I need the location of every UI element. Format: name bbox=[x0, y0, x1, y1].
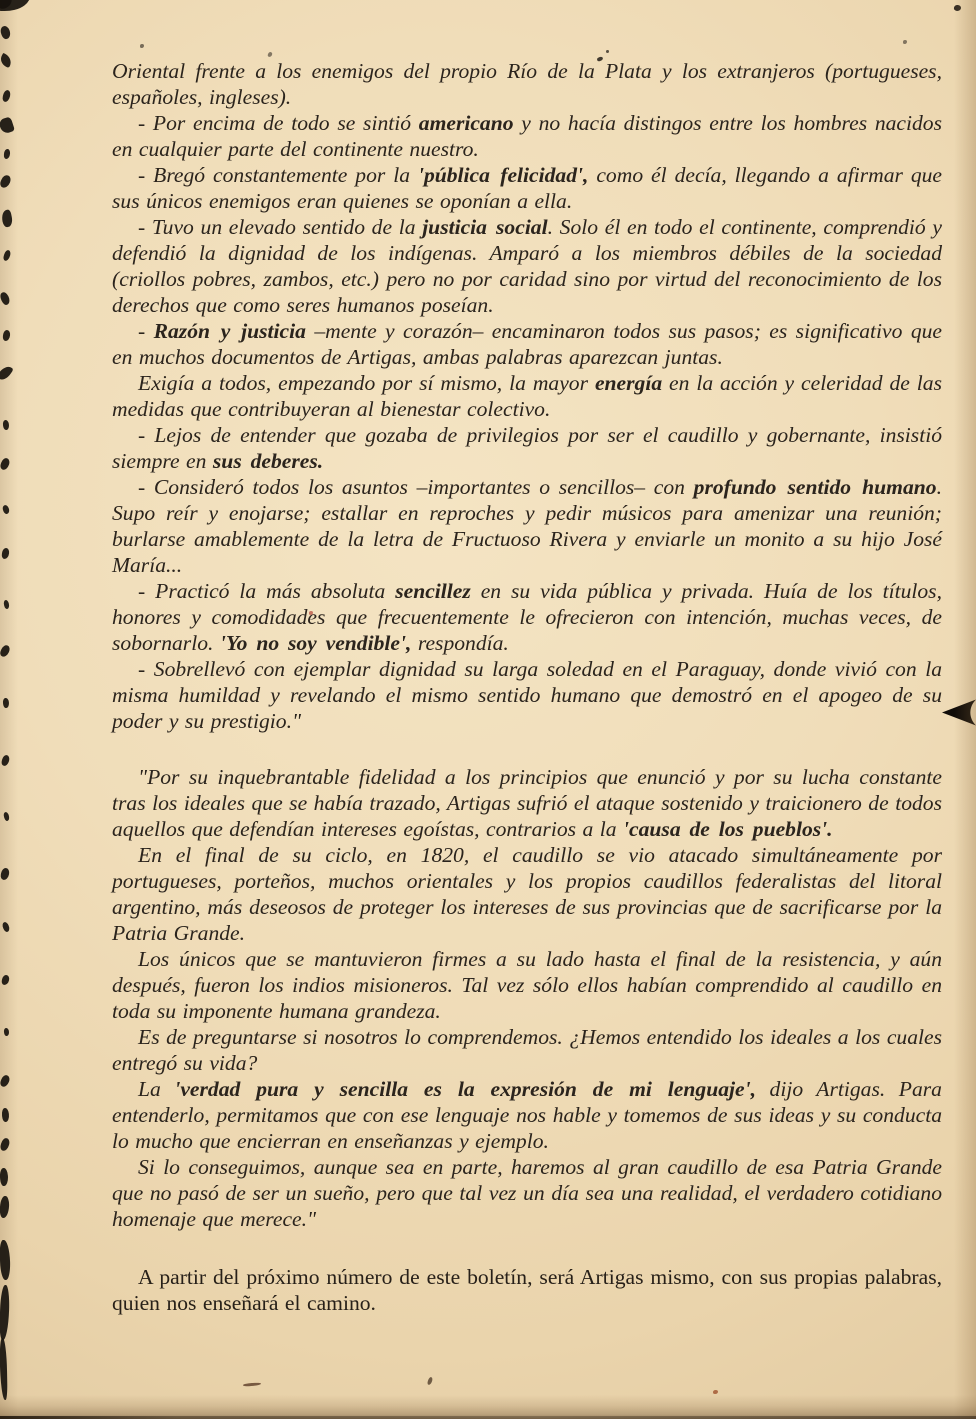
paragraph-10: - Sobrellevó con ejemplar dignidad su la… bbox=[112, 656, 942, 734]
scan-smudge bbox=[1, 921, 11, 933]
scan-smudge bbox=[0, 1074, 11, 1088]
page-edge-shadow-bottom bbox=[0, 1395, 976, 1419]
scan-smudge bbox=[0, 1285, 10, 1340]
scan-smudge bbox=[4, 149, 11, 159]
scan-smudge bbox=[903, 40, 907, 44]
scan-smudge bbox=[243, 1382, 261, 1386]
paragraph-14: Es de preguntarse si nosotros lo compren… bbox=[112, 1024, 942, 1076]
scan-smudge bbox=[0, 457, 11, 471]
body-text: - bbox=[138, 319, 154, 343]
emphasis-text: justicia social bbox=[422, 215, 547, 239]
scan-smudge bbox=[140, 44, 144, 48]
body-text: - Practicó la más absoluta bbox=[138, 579, 395, 603]
scan-smudge bbox=[2, 420, 10, 431]
paragraph-6: Exigía a todos, empezando por sí mismo, … bbox=[112, 370, 942, 422]
scan-smudge bbox=[3, 1028, 9, 1037]
scan-smudge bbox=[3, 249, 12, 261]
paragraph-4: - Tuvo un elevado sentido de la justicia… bbox=[112, 214, 942, 318]
paragraph-17: A partir del próximo número de este bole… bbox=[112, 1264, 942, 1316]
body-text: A partir del próximo número de este bole… bbox=[112, 1265, 942, 1315]
body-text: Si lo conseguimos, aunque sea en parte, … bbox=[112, 1155, 942, 1231]
paragraph-9: - Practicó la más absoluta sencillez en … bbox=[112, 578, 942, 656]
scan-smudge bbox=[2, 89, 11, 102]
scan-smudge bbox=[2, 504, 11, 515]
scan-smudge bbox=[713, 1390, 718, 1394]
scan-smudge bbox=[1, 974, 10, 985]
body-text: - Consideró todos los asuntos –important… bbox=[138, 475, 694, 499]
paragraph-3: - Bregó constantemente por la 'pública f… bbox=[112, 162, 942, 214]
body-text: - Sobrellevó con ejemplar dignidad su la… bbox=[112, 657, 942, 733]
scan-smudge bbox=[267, 51, 272, 57]
scan-smudge bbox=[0, 116, 15, 134]
emphasis-text: americano bbox=[419, 111, 514, 135]
emphasis-text: 'pública felicidad', bbox=[418, 163, 588, 187]
paragraph-16: Si lo conseguimos, aunque sea en parte, … bbox=[112, 1154, 942, 1232]
body-text: En el final de su ciclo, en 1820, el cau… bbox=[112, 843, 942, 945]
scan-smudge bbox=[2, 698, 9, 709]
scan-smudge bbox=[0, 25, 12, 40]
scan-smudge bbox=[0, 1137, 11, 1152]
scan-smudge bbox=[1, 548, 9, 560]
scan-smudge bbox=[0, 1240, 11, 1280]
scan-smudge bbox=[606, 50, 609, 53]
scan-smudge bbox=[0, 174, 12, 189]
scanned-page: Oriental frente a los enemigos del propi… bbox=[0, 0, 976, 1419]
emphasis-text: sus deberes. bbox=[213, 449, 323, 473]
emphasis-text: sencillez bbox=[395, 579, 471, 603]
body-text: Exigía a todos, empezando por sí mismo, … bbox=[138, 371, 595, 395]
scan-smudge bbox=[2, 330, 10, 342]
emphasis-text: 'verdad pura y sencilla es la expresión … bbox=[174, 1077, 756, 1101]
paragraph-8: - Consideró todos los asuntos –important… bbox=[112, 474, 942, 578]
scan-smudge bbox=[0, 364, 14, 383]
paragraph-1: Oriental frente a los enemigos del propi… bbox=[112, 58, 942, 110]
body-text: Los únicos que se mantuvieron firmes a s… bbox=[112, 947, 942, 1023]
scan-smudge bbox=[3, 600, 10, 610]
body-text: La bbox=[138, 1077, 174, 1101]
emphasis-text: energía bbox=[595, 371, 662, 395]
paragraph-12: En el final de su ciclo, en 1820, el cau… bbox=[112, 842, 942, 946]
margin-arrow-icon bbox=[942, 699, 976, 726]
paragraph-13: Los únicos que se mantuvieron firmes a s… bbox=[112, 946, 942, 1024]
scan-smudge bbox=[427, 1377, 433, 1386]
body-text: - Bregó constantemente por la bbox=[138, 163, 418, 187]
emphasis-text: profundo sentido humano bbox=[694, 475, 937, 499]
scan-smudge bbox=[0, 291, 11, 306]
scan-smudge bbox=[0, 209, 13, 228]
body-text: Oriental frente a los enemigos del propi… bbox=[112, 59, 942, 109]
paragraph-5: - Razón y justicia –mente y corazón– enc… bbox=[112, 318, 942, 370]
body-text: - Tuvo un elevado sentido de la bbox=[138, 215, 422, 239]
emphasis-text: Razón y justicia bbox=[154, 319, 306, 343]
scan-smudge bbox=[3, 811, 11, 821]
scan-smudge bbox=[0, 644, 11, 658]
emphasis-text: 'Yo no soy vendible', bbox=[220, 631, 412, 655]
body-text: respondía. bbox=[411, 631, 508, 655]
paragraph-15: La 'verdad pura y sencilla es la expresi… bbox=[112, 1076, 942, 1154]
scan-smudge bbox=[1, 754, 10, 766]
body-text: Es de preguntarse si nosotros lo compren… bbox=[112, 1025, 942, 1075]
scan-smudge bbox=[0, 867, 10, 880]
scan-smudge bbox=[1, 1108, 9, 1123]
page-text: Oriental frente a los enemigos del propi… bbox=[112, 58, 942, 1316]
scan-smudge bbox=[0, 1338, 8, 1400]
body-text: - Por encima de todo se sintió bbox=[138, 111, 419, 135]
scan-smudge bbox=[954, 4, 962, 11]
scan-smudge bbox=[0, 1168, 9, 1187]
paragraph-11: "Por su inquebrantable fidelidad a los p… bbox=[112, 764, 942, 842]
paragraph-2: - Por encima de todo se sintió americano… bbox=[112, 110, 942, 162]
paragraph-7: - Lejos de entender que gozaba de privil… bbox=[112, 422, 942, 474]
emphasis-text: 'causa de los pueblos'. bbox=[623, 817, 833, 841]
scan-smudge bbox=[0, 1196, 10, 1218]
scan-smudge bbox=[0, 53, 14, 68]
